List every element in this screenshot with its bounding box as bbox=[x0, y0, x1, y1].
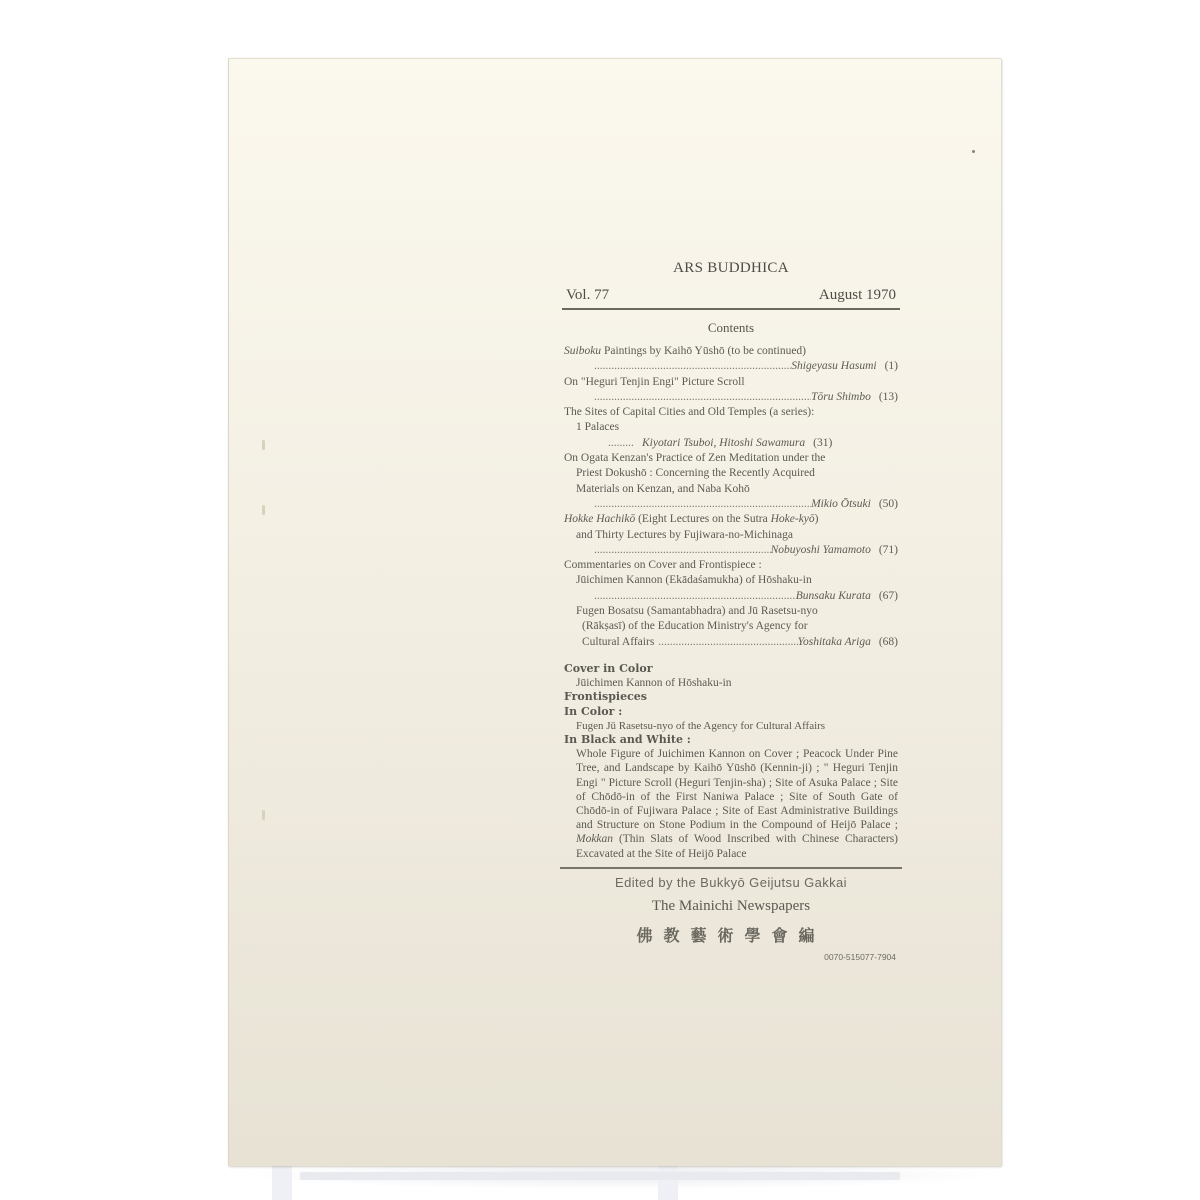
toc-subentry: Jūichimen Kannon (Ekādaśamukha) of Hōsha… bbox=[564, 573, 898, 588]
frontispieces-heading: Frontispieces bbox=[564, 690, 898, 704]
toc-author: Bunsaku Kurata bbox=[796, 589, 871, 604]
in-color-heading: In Color : bbox=[564, 705, 898, 719]
toc-entry: Hokke Hachikō (Eight Lectures on the Sut… bbox=[564, 512, 898, 558]
contents-heading: Contents bbox=[564, 320, 898, 336]
toc-entry-title: Hokke Hachikō (Eight Lectures on the Sut… bbox=[564, 512, 898, 527]
toc-subentry: Fugen Bosatsu (Samantabhadra) and Jū Ras… bbox=[564, 604, 898, 619]
toc-entry-title: Commentaries on Cover and Frontispiece : bbox=[564, 558, 898, 573]
toc-subentry-line2: (Rākṣasī) of the Education Ministry's Ag… bbox=[564, 619, 898, 634]
toc-entry-leader: Cultural Affairs Yoshitaka Ariga (68) bbox=[564, 635, 898, 650]
bw-text-end: (Thin Slats of Wood Inscribed with Chine… bbox=[576, 833, 898, 859]
toc-entry-line2: Priest Dokushō : Concerning the Recently… bbox=[564, 466, 898, 481]
dot-leader bbox=[594, 359, 791, 374]
toc-entry: The Sites of Capital Cities and Old Temp… bbox=[564, 405, 898, 451]
toc-page: (31) bbox=[805, 436, 832, 451]
toc-entry-leader: Tōru Shimbo (13) bbox=[564, 390, 898, 405]
edited-by: Edited by the Bukkyō Geijutsu Gakkai bbox=[564, 875, 898, 890]
catalog-code: 0070-515077-7904 bbox=[564, 952, 898, 962]
cover-heading: Cover in Color bbox=[564, 662, 898, 676]
toc-entry-leader: Bunsaku Kurata (67) bbox=[564, 589, 898, 604]
title-text: (Eight Lectures on the Sutra bbox=[635, 513, 770, 525]
edge-wear bbox=[262, 810, 265, 820]
toc-entry: Suiboku Paintings by Kaihō Yūshō (to be … bbox=[564, 344, 898, 375]
title-italic: Suiboku bbox=[564, 345, 601, 357]
toc-author: Tōru Shimbo bbox=[811, 390, 871, 405]
issue-date: August 1970 bbox=[819, 287, 896, 304]
toc-page: (67) bbox=[871, 589, 898, 604]
bw-text-main: Whole Figure of Juichimen Kannon on Cove… bbox=[576, 748, 898, 831]
toc-author: Mikio Ōtsuki bbox=[811, 497, 871, 512]
toc-entry-leader: Kiyotari Tsuboi, Hitoshi Sawamura (31) bbox=[564, 436, 898, 451]
toc-entry-leader: Nobuyoshi Yamamoto (71) bbox=[564, 543, 898, 558]
toc-author: Kiyotari Tsuboi, Hitoshi Sawamura bbox=[634, 436, 805, 451]
in-color-text: Fugen Jū Rasetsu-nyo of the Agency for C… bbox=[564, 719, 898, 733]
toc-entry-title: On Ogata Kenzan's Practice of Zen Medita… bbox=[564, 451, 898, 466]
magazine-title: ARS BUDDHICA bbox=[564, 260, 898, 277]
stand-leg-left bbox=[272, 1160, 292, 1200]
display-stand bbox=[300, 1172, 900, 1180]
japanese-editor: 佛教藝術學會編 bbox=[564, 923, 898, 946]
dot-leader bbox=[594, 543, 771, 558]
edge-wear bbox=[262, 505, 265, 515]
paper-speck bbox=[972, 150, 975, 153]
stand-leg-right bbox=[658, 1160, 678, 1200]
cover-text: Jūichimen Kannon of Hōshaku-in bbox=[564, 676, 898, 690]
toc-entry: On Ogata Kenzan's Practice of Zen Medita… bbox=[564, 451, 898, 512]
toc-entry-line3: Materials on Kenzan, and Naba Kohō bbox=[564, 482, 898, 497]
toc-entry-title: The Sites of Capital Cities and Old Temp… bbox=[564, 405, 898, 420]
publisher: The Mainichi Newspapers bbox=[564, 898, 898, 915]
toc-page: (71) bbox=[871, 543, 898, 558]
contents-column: ARS BUDDHICA Vol. 77 August 1970 Content… bbox=[564, 260, 898, 962]
title-text: ) bbox=[815, 513, 819, 525]
toc-page: (68) bbox=[871, 635, 898, 650]
toc-entry-leader: Mikio Ōtsuki (50) bbox=[564, 497, 898, 512]
issue-line: Vol. 77 August 1970 bbox=[564, 287, 898, 308]
toc-subentry-line3: Cultural Affairs bbox=[582, 635, 658, 650]
toc-entry-title: On "Heguri Tenjin Engi" Picture Scroll bbox=[564, 375, 898, 390]
toc-entry-subtitle: 1 Palaces bbox=[564, 420, 898, 435]
toc-entry: On "Heguri Tenjin Engi" Picture Scroll T… bbox=[564, 375, 898, 406]
bw-text: Whole Figure of Juichimen Kannon on Cove… bbox=[564, 747, 898, 861]
header-rule bbox=[562, 308, 900, 310]
bw-text-italic: Mokkan bbox=[576, 833, 613, 845]
toc-entry-leader: Shigeyasu Hasumi (1) bbox=[564, 359, 898, 374]
dot-leader bbox=[594, 390, 811, 405]
bw-heading: In Black and White : bbox=[564, 733, 898, 747]
dot-leader bbox=[594, 497, 811, 512]
toc-page: (50) bbox=[871, 497, 898, 512]
footer-rule bbox=[560, 867, 902, 869]
edge-wear bbox=[262, 440, 265, 450]
toc-entry-title: Suiboku Paintings by Kaihō Yūshō (to be … bbox=[564, 344, 898, 359]
toc-entry-line2: and Thirty Lectures by Fujiwara-no-Michi… bbox=[564, 528, 898, 543]
title-italic: Hoke-kyō bbox=[771, 513, 815, 525]
dot-leader bbox=[594, 589, 796, 604]
toc-page: (1) bbox=[877, 359, 898, 374]
title-text: Paintings by Kaihō Yūshō (to be continue… bbox=[601, 345, 806, 357]
dot-leader bbox=[658, 635, 797, 650]
plates-section: Cover in Color Jūichimen Kannon of Hōsha… bbox=[564, 662, 898, 861]
toc-entry: Commentaries on Cover and Frontispiece :… bbox=[564, 558, 898, 650]
toc-page: (13) bbox=[871, 390, 898, 405]
table-of-contents: Suiboku Paintings by Kaihō Yūshō (to be … bbox=[564, 344, 898, 650]
volume-number: Vol. 77 bbox=[566, 287, 609, 304]
dot-leader bbox=[608, 436, 634, 451]
toc-author: Shigeyasu Hasumi bbox=[791, 359, 876, 374]
title-italic: Hokke Hachikō bbox=[564, 513, 635, 525]
toc-author: Yoshitaka Ariga bbox=[798, 635, 871, 650]
toc-author: Nobuyoshi Yamamoto bbox=[771, 543, 871, 558]
